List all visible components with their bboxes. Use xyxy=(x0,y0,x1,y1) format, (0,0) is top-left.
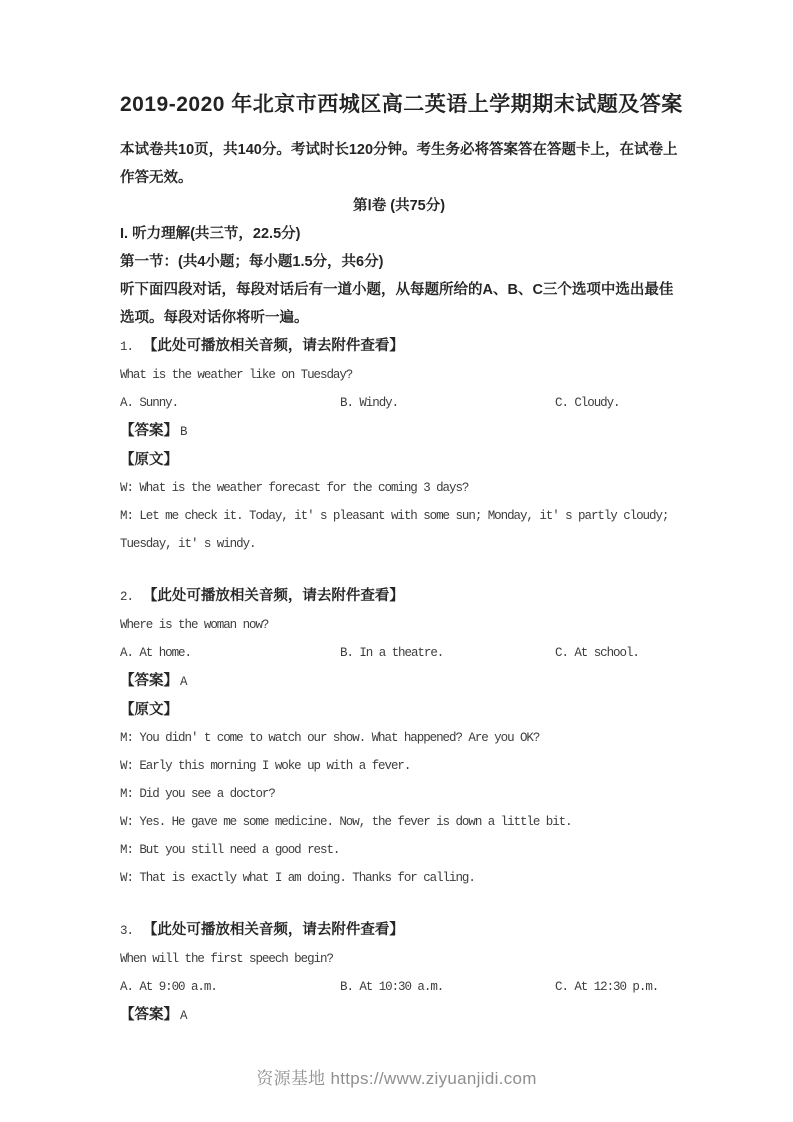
question-3-audio-note: 【此处可播放相关音频，请去附件查看】 xyxy=(143,916,404,944)
question-block-3: 3. 【此处可播放相关音频，请去附件查看】 When will the firs… xyxy=(120,916,678,1030)
transcript-label: 【原文】 xyxy=(120,452,178,468)
question-2-option-a: A. At home. xyxy=(120,639,340,667)
answer-label: 【答案】 xyxy=(120,423,178,439)
question-1-option-a: A. Sunny. xyxy=(120,389,340,417)
transcript-line: W: What is the weather forecast for the … xyxy=(120,474,678,502)
question-block-1: 1. 【此处可播放相关音频，请去附件查看】 What is the weathe… xyxy=(120,332,678,558)
question-1-audio-note: 【此处可播放相关音频，请去附件查看】 xyxy=(143,332,404,360)
question-3-answer-line: 【答案】A xyxy=(120,1001,678,1030)
transcript-line: Tuesday, it' s windy. xyxy=(120,530,678,558)
question-2-answer: A xyxy=(180,675,186,689)
answer-label: 【答案】 xyxy=(120,1007,178,1023)
transcript-line: M: Let me check it. Today, it' s pleasan… xyxy=(120,502,678,530)
section-heading-listening: I. 听力理解(共三节，22.5分) xyxy=(120,220,678,248)
question-1-option-b: B. Windy. xyxy=(340,389,555,417)
question-1-prompt: What is the weather like on Tuesday? xyxy=(120,361,678,389)
volume-heading: 第Ⅰ卷 (共75分) xyxy=(120,192,678,220)
question-1-option-c: C. Cloudy. xyxy=(555,389,678,417)
question-2-header: 2. 【此处可播放相关音频，请去附件查看】 xyxy=(120,582,678,611)
question-2-answer-line: 【答案】A xyxy=(120,667,678,696)
exam-document-page: 2019-2020 年北京市西城区高二英语上学期期末试题及答案 本试卷共10页，… xyxy=(0,0,793,1122)
exam-intro-paragraph: 本试卷共10页，共140分。考试时长120分钟。考生务必将答案答在答题卡上，在试… xyxy=(120,136,678,192)
question-2-transcript-label-line: 【原文】 xyxy=(120,696,678,724)
question-block-2: 2. 【此处可播放相关音频，请去附件查看】 Where is the woman… xyxy=(120,582,678,892)
transcript-line: M: But you still need a good rest. xyxy=(120,836,678,864)
answer-label: 【答案】 xyxy=(120,673,178,689)
watermark-footer: 资源基地 https://www.ziyuanjidi.com xyxy=(0,1064,793,1089)
question-3-prompt: When will the first speech begin? xyxy=(120,945,678,973)
question-1-answer: B xyxy=(180,425,186,439)
transcript-line: M: You didn' t come to watch our show. W… xyxy=(120,724,678,752)
transcript-line: M: Did you see a doctor? xyxy=(120,780,678,808)
question-3-option-a: A. At 9:00 a.m. xyxy=(120,973,340,1001)
transcript-line: W: That is exactly what I am doing. Than… xyxy=(120,864,678,892)
question-1-options: A. Sunny. B. Windy. C. Cloudy. xyxy=(120,389,678,417)
question-3-header: 3. 【此处可播放相关音频，请去附件查看】 xyxy=(120,916,678,945)
question-2-prompt: Where is the woman now? xyxy=(120,611,678,639)
transcript-line: W: Early this morning I woke up with a f… xyxy=(120,752,678,780)
transcript-label: 【原文】 xyxy=(120,702,178,718)
page-title: 2019-2020 年北京市西城区高二英语上学期期末试题及答案 xyxy=(120,90,678,120)
question-3-option-c: C. At 12:30 p.m. xyxy=(555,973,678,1001)
question-1-transcript-label-line: 【原文】 xyxy=(120,446,678,474)
listening-instructions: 听下面四段对话，每段对话后有一道小题，从每题所给的A、B、C三个选项中选出最佳选… xyxy=(120,276,678,332)
question-3-option-b: B. At 10:30 a.m. xyxy=(340,973,555,1001)
question-3-number: 3. xyxy=(120,917,133,945)
document-content: 2019-2020 年北京市西城区高二英语上学期期末试题及答案 本试卷共10页，… xyxy=(0,0,793,1030)
question-1-header: 1. 【此处可播放相关音频，请去附件查看】 xyxy=(120,332,678,361)
question-1-number: 1. xyxy=(120,333,133,361)
question-2-option-b: B. In a theatre. xyxy=(340,639,555,667)
question-3-answer: A xyxy=(180,1009,186,1023)
question-2-audio-note: 【此处可播放相关音频，请去附件查看】 xyxy=(143,582,404,610)
transcript-line: W: Yes. He gave me some medicine. Now, t… xyxy=(120,808,678,836)
question-2-option-c: C. At school. xyxy=(555,639,678,667)
question-2-options: A. At home. B. In a theatre. C. At schoo… xyxy=(120,639,678,667)
question-3-options: A. At 9:00 a.m. B. At 10:30 a.m. C. At 1… xyxy=(120,973,678,1001)
subsection-heading-part1: 第一节：(共4小题；每小题1.5分，共6分) xyxy=(120,248,678,276)
question-2-number: 2. xyxy=(120,583,133,611)
question-1-answer-line: 【答案】B xyxy=(120,417,678,446)
